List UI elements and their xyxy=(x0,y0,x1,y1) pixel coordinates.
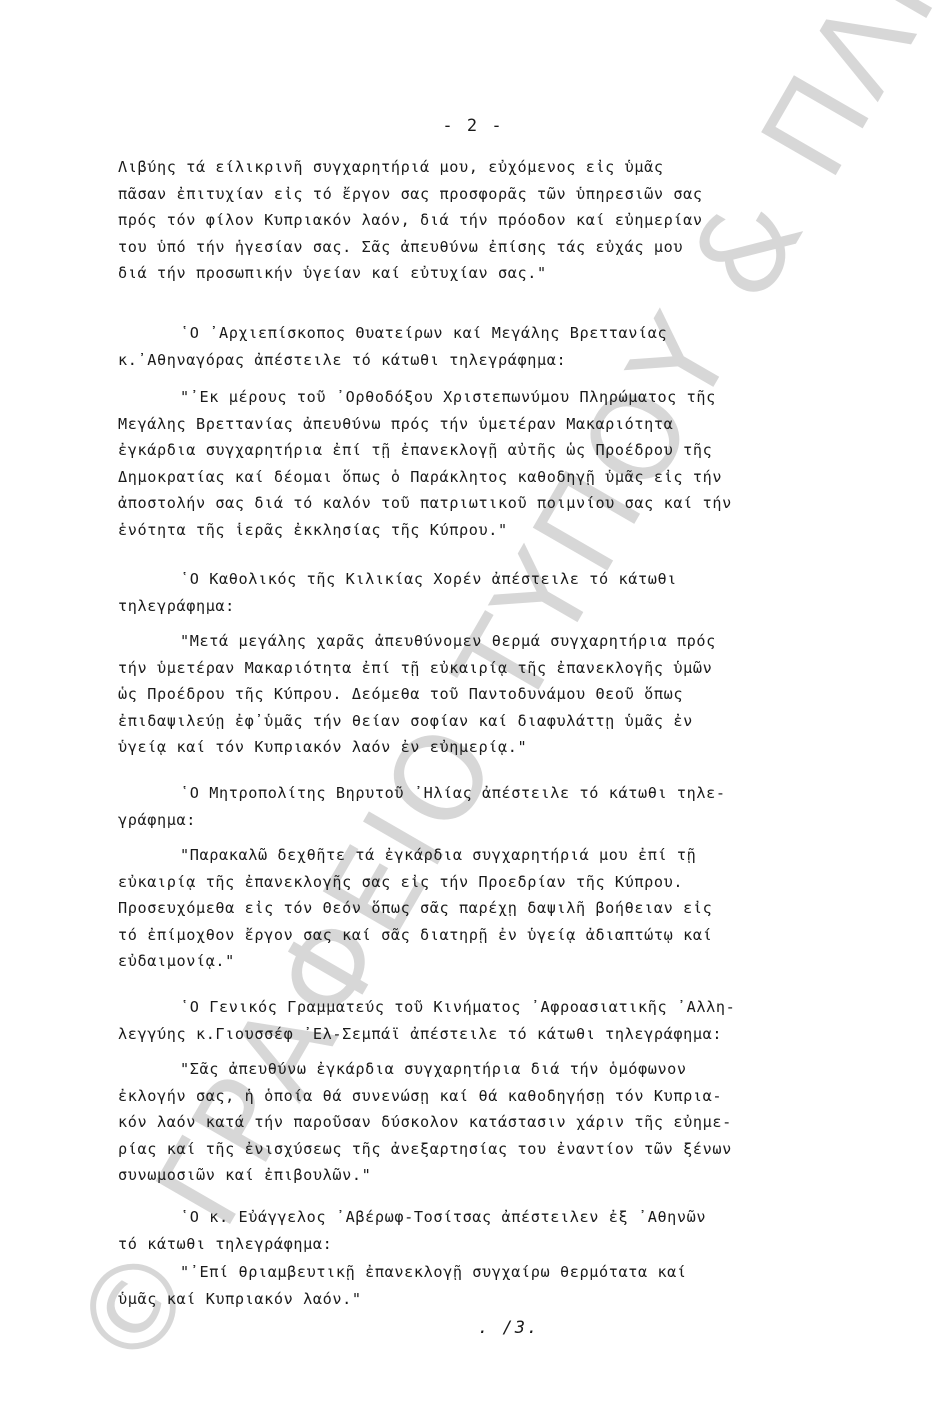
text-line: πᾶσαν ἐπιτυχίαν εἰς τό ἔργον σας προσφορ… xyxy=(118,181,818,208)
paragraph-afro-asian-secretary-telegram: "Σᾶς ἀπευθύνω ἐγκάρδια συγχαρητήρια διά … xyxy=(118,1056,818,1189)
text-line: ἑνότητα τῆς ἱερᾶς ἐκκλησίας τῆς Κύπρου." xyxy=(118,517,818,544)
text-line: "᾿Εκ μέρους τοῦ ᾿Ορθοδόξου Χριστεπωνύμου… xyxy=(118,384,818,411)
text-line: "᾿Επί θριαμβευτικῇ ἐπανεκλογῇ συγχαίρω θ… xyxy=(118,1259,818,1286)
page-number: - 2 - xyxy=(0,116,936,136)
text-line: πρός τόν φίλον Κυπριακόν λαόν, διά τήν π… xyxy=(118,207,818,234)
paragraph-archbishop-thyateira-intro: ῾Ο ᾿Αρχιεπίσκοπος Θυατείρων καί Μεγάλης … xyxy=(118,320,818,373)
text-line: τηλεγράφημα: xyxy=(118,593,818,620)
text-line: Προσευχόμεθα εἰς τόν Θεόν ὅπως σᾶς παρέχ… xyxy=(118,895,818,922)
text-line: ἐγκάρδια συγχαρητήρια ἐπί τῇ ἐπανεκλογῇ … xyxy=(118,437,818,464)
text-line: "Μετά μεγάλης χαρᾶς ἀπευθύνομεν θερμά συ… xyxy=(118,628,818,655)
text-line: ὑγείᾳ καί τόν Κυπριακόν λαόν ἐν εὐημερίᾳ… xyxy=(118,734,818,761)
text-line: λεγγύης κ.Γιουσσέφ ᾿Ελ-Σεμπάϊ ἀπέστειλε … xyxy=(118,1021,818,1048)
text-line: ῾Ο ᾿Αρχιεπίσκοπος Θυατείρων καί Μεγάλης … xyxy=(118,320,818,347)
text-line: "Σᾶς ἀπευθύνω ἐγκάρδια συγχαρητήρια διά … xyxy=(118,1056,818,1083)
text-line: ὑμᾶς καί Κυπριακόν λαόν." xyxy=(118,1286,818,1313)
paragraph-libya-continuation: Λιβύης τά είλικρινῆ συγχαρητήριά μου, εὐ… xyxy=(118,154,818,287)
paragraph-averoff-intro: ῾Ο κ. Εὐάγγελος ᾿Αβέρωφ-Τοσίτσας ἀπέστει… xyxy=(118,1204,818,1257)
text-line: ῾Ο Μητροπολίτης Βηρυτοῦ ᾿Ηλίας ἀπέστειλε… xyxy=(118,780,818,807)
text-line: τό κάτωθι τηλεγράφημα: xyxy=(118,1231,818,1258)
text-line: κόν λαόν κατά τήν παροῦσαν δύσκολον κατά… xyxy=(118,1109,818,1136)
paragraph-metropolitan-beirut-telegram: "Παρακαλῶ δεχθῆτε τά ἐγκάρδια συγχαρητήρ… xyxy=(118,842,818,975)
text-line: ὡς Προέδρου τῆς Κύπρου. Δεόμεθα τοῦ Παντ… xyxy=(118,681,818,708)
paragraph-archbishop-thyateira-telegram: "᾿Εκ μέρους τοῦ ᾿Ορθοδόξου Χριστεπωνύμου… xyxy=(118,384,818,543)
text-line: τό ἐπίμοχθον ἔργον σας καί σᾶς διατηρῇ ἐ… xyxy=(118,922,818,949)
text-line: κ.᾿Αθηναγόρας ἀπέστειλε τό κάτωθι τηλεγρ… xyxy=(118,347,818,374)
paragraph-catholicos-cilicia-intro: ῾Ο Καθολικός τῆς Κιλικίας Χορέν ἀπέστειλ… xyxy=(118,566,818,619)
document-page: © ΓΡΑΦΕΙΟ ΤΥΠΟΥ & ΠΛΗΡΟΦΟΡΙΩΝ - PIO - 2 … xyxy=(0,0,936,1416)
paragraph-catholicos-cilicia-telegram: "Μετά μεγάλης χαρᾶς ἀπευθύνομεν θερμά συ… xyxy=(118,628,818,761)
text-line: Δημοκρατίας καί δέομαι ὅπως ὁ Παράκλητος… xyxy=(118,464,818,491)
text-line: γράφημα: xyxy=(118,807,818,834)
paragraph-averoff-telegram: "᾿Επί θριαμβευτικῇ ἐπανεκλογῇ συγχαίρω θ… xyxy=(118,1259,818,1312)
text-line: ῾Ο Γενικός Γραμματεύς τοῦ Κινήματος ᾿Αφρ… xyxy=(118,994,818,1021)
text-line: "Παρακαλῶ δεχθῆτε τά ἐγκάρδια συγχαρητήρ… xyxy=(118,842,818,869)
text-line: ἐπιδαψιλεύῃ ἐφ᾿ὑμᾶς τήν θείαν σοφίαν καί… xyxy=(118,708,818,735)
text-line: ῾Ο κ. Εὐάγγελος ᾿Αβέρωφ-Τοσίτσας ἀπέστει… xyxy=(118,1204,818,1231)
text-line: συνωμοσιῶν καί ἐπιβουλῶν." xyxy=(118,1162,818,1189)
text-line: εὐκαιρίᾳ τῆς ἐπανεκλογῆς σας εἰς τήν Προ… xyxy=(118,869,818,896)
text-line: διά τήν προσωπικήν ὑγείαν καί εὐτυχίαν σ… xyxy=(118,260,818,287)
text-line: ἐκλογήν σας, ἡ ὁποία θά συνενώσῃ καί θά … xyxy=(118,1083,818,1110)
text-line: ρίας καί τῆς ἐνισχύσεως τῆς ἀνεξαρτησίας… xyxy=(118,1136,818,1163)
text-line: Μεγάλης Βρεττανίας ἀπευθύνω πρός τήν ὑμε… xyxy=(118,411,818,438)
text-line: Λιβύης τά είλικρινῆ συγχαρητήριά μου, εὐ… xyxy=(118,154,818,181)
text-line: του ὑπό τήν ἡγεσίαν σας. Σᾶς ἀπευθύνω ἐπ… xyxy=(118,234,818,261)
text-line: ῾Ο Καθολικός τῆς Κιλικίας Χορέν ἀπέστειλ… xyxy=(118,566,818,593)
paragraph-afro-asian-secretary-intro: ῾Ο Γενικός Γραμματεύς τοῦ Κινήματος ᾿Αφρ… xyxy=(118,994,818,1047)
text-line: εὐδαιμονίᾳ." xyxy=(118,948,818,975)
text-line: ἀποστολήν σας διά τό καλόν τοῦ πατριωτικ… xyxy=(118,490,818,517)
paragraph-metropolitan-beirut-intro: ῾Ο Μητροπολίτης Βηρυτοῦ ᾿Ηλίας ἀπέστειλε… xyxy=(118,780,818,833)
text-line: τήν ὑμετέραν Μακαριότητα ἐπί τῇ εὐκαιρίᾳ… xyxy=(118,655,818,682)
continuation-page-reference: . /3. xyxy=(478,1318,539,1338)
